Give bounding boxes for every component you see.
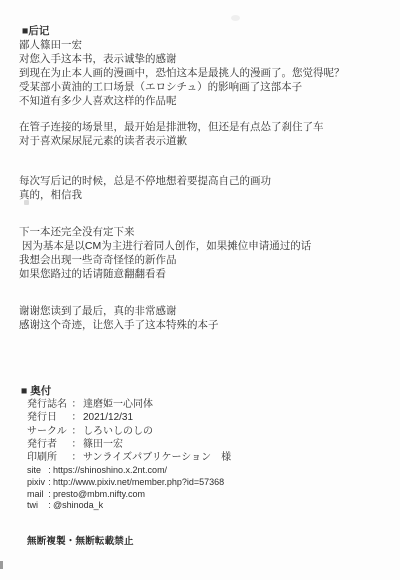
afterword-heading: ■后记 xyxy=(19,24,392,38)
colophon-value: 篠田一宏 xyxy=(83,438,123,451)
afterword-line: 到现在为止本人画的漫画中，恐怕这本是最挑人的漫画了。您觉得呢？ xyxy=(19,66,392,80)
afterword-paragraph: 在管子连接的场景里，最开始是排泄物，但还是有点怂了刹住了车 对于喜欢屎尿屁元素的… xyxy=(19,120,392,148)
colophon-row-circle: サークル ： しろいしのしの xyxy=(27,425,392,438)
afterword-line: 感谢这个奇迹，让您入手了这本特殊的本子 xyxy=(19,318,392,332)
afterword-line: 在管子连接的场景里，最开始是排泄物，但还是有点怂了刹住了车 xyxy=(19,120,392,134)
link-separator: : xyxy=(46,477,53,489)
link-label: pixiv xyxy=(27,477,46,489)
colophon-separator: ： xyxy=(70,438,83,451)
link-label: twi xyxy=(27,500,46,512)
colophon-label: 発行者 xyxy=(27,438,70,451)
afterword-paragraph: 谢谢您读到了最后，真的非常感谢 感谢这个奇迹，让您入手了这本特殊的本子 xyxy=(19,304,392,332)
colophon-separator: ： xyxy=(70,398,83,411)
colophon-label: 発行日 xyxy=(27,411,70,424)
twitter-handle: @shinoda_k xyxy=(53,500,103,512)
site-url: https://shinoshino.x.2nt.com/ xyxy=(53,465,167,477)
colophon-label: 発行誌名 xyxy=(27,398,70,411)
scan-artifact xyxy=(231,15,240,21)
afterword-section: ■后记 鄙人篠田一宏 对您入手这本书，表示诚挚的感谢 到现在为止本人画的漫画中，… xyxy=(19,24,392,332)
pixiv-url: http://www.pixiv.net/member.php?id=57368 xyxy=(53,477,224,489)
link-row-pixiv: pixiv : http://www.pixiv.net/member.php?… xyxy=(27,477,392,489)
scan-artifact xyxy=(24,200,29,205)
copyright-notice: 無断複製・無断転載禁止 xyxy=(27,536,134,548)
afterword-paragraph: 鄙人篠田一宏 对您入手这本书，表示诚挚的感谢 到现在为止本人画的漫画中，恐怕这本… xyxy=(19,38,392,108)
colophon-heading: ■ 奥付 xyxy=(19,384,392,398)
link-row-site: site : https://shinoshino.x.2nt.com/ xyxy=(27,465,392,477)
afterword-line: 鄙人篠田一宏 xyxy=(19,38,392,52)
colophon-value: しろいしのしの xyxy=(83,425,153,438)
afterword-line: 如果您路过的话请随意翻翻看看 xyxy=(19,267,392,281)
afterword-paragraph: 每次写后记的时候，总是不停地想着要提高自己的画功 真的，相信我 xyxy=(19,174,392,202)
link-row-mail: mail : presto@mbm.nifty.com xyxy=(27,489,392,501)
scan-artifact xyxy=(0,561,3,569)
afterword-line: 谢谢您读到了最后，真的非常感谢 xyxy=(19,304,392,318)
colophon-separator: ： xyxy=(70,425,83,438)
colophon-row-publisher: 発行者 ： 篠田一宏 xyxy=(27,438,392,451)
afterword-line: 对于喜欢屎尿屁元素的读者表示道歉 xyxy=(19,134,392,148)
afterword-line: 下一本还完全没有定下来 xyxy=(19,225,392,239)
colophon-label: 印刷所 xyxy=(27,451,70,464)
afterword-line: 不知道有多少人喜欢这样的作品呢 xyxy=(19,94,392,108)
colophon-value: サンライズパブリケーション 様 xyxy=(83,451,231,464)
afterword-line: 每次写后记的时候，总是不停地想着要提高自己的画功 xyxy=(19,174,392,188)
afterword-paragraph: 下一本还完全没有定下来 因为基本是以CM为主进行着同人创作，如果摊位申请通过的话… xyxy=(19,225,392,281)
colophon-row-title: 発行誌名 ： 達磨姫一心同体 xyxy=(27,398,392,411)
colophon-separator: ： xyxy=(70,411,83,424)
link-label: site xyxy=(27,465,46,477)
link-separator: : xyxy=(46,465,53,477)
colophon-row-printer: 印刷所 ： サンライズパブリケーション 様 xyxy=(27,451,392,464)
afterword-line: 因为基本是以CM为主进行着同人创作，如果摊位申请通过的话 xyxy=(19,239,392,253)
afterword-line: 我想会出现一些奇奇怪怪的新作品 xyxy=(19,253,392,267)
colophon-separator: ： xyxy=(70,451,83,464)
link-separator: : xyxy=(46,500,53,512)
colophon-label: サークル xyxy=(27,425,70,438)
link-row-twitter: twi : @shinoda_k xyxy=(27,500,392,512)
colophon-rows: 発行誌名 ： 達磨姫一心同体 発行日 ： 2021/12/31 サークル ： し… xyxy=(19,398,392,464)
colophon-value: 達磨姫一心同体 xyxy=(83,398,153,411)
link-separator: : xyxy=(46,489,53,501)
colophon-links: site : https://shinoshino.x.2nt.com/ pix… xyxy=(19,465,392,511)
colophon-row-date: 発行日 ： 2021/12/31 xyxy=(27,411,392,424)
afterword-line: 对您入手这本书，表示诚挚的感谢 xyxy=(19,52,392,66)
afterword-line: 真的，相信我 xyxy=(19,188,392,202)
colophon-section: ■ 奥付 発行誌名 ： 達磨姫一心同体 発行日 ： 2021/12/31 サーク… xyxy=(19,384,392,512)
link-label: mail xyxy=(27,489,46,501)
colophon-value: 2021/12/31 xyxy=(83,411,133,424)
mail-address: presto@mbm.nifty.com xyxy=(53,489,145,501)
scanned-afterword-page: ■后记 鄙人篠田一宏 对您入手这本书，表示诚挚的感谢 到现在为止本人画的漫画中，… xyxy=(0,0,400,580)
afterword-line: 受某部小黄油的工口场景（エロシチュ）的影响画了这部本子 xyxy=(19,80,392,94)
